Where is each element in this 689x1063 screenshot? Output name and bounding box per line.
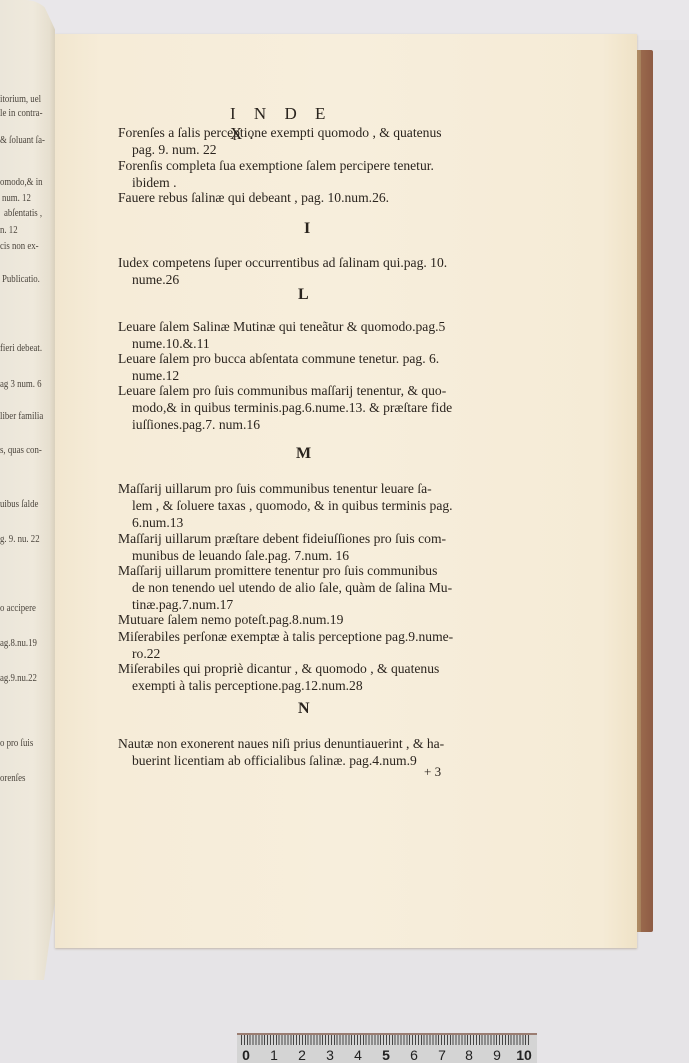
ruler-label: 2 <box>298 1047 306 1063</box>
entry-line: 6.num.13 <box>118 514 453 531</box>
entry-line: Leuare ſalem pro ſuis communibus maſſari… <box>118 383 446 398</box>
ruler-label: 3 <box>326 1047 334 1063</box>
left-page-fragment: cis non ex- <box>0 240 39 252</box>
index-entry: Nautæ non exonerent naues niſi prius den… <box>118 735 444 769</box>
entry-line: Leuare ſalem Salinæ Mutinæ qui teneãtur … <box>118 319 445 334</box>
entry-line: Nautæ non exonerent naues niſi prius den… <box>118 736 444 751</box>
entry-line: Fauere rebus ſalinæ qui debeant , pag. 1… <box>118 190 389 205</box>
left-page-fragment: s, quas con- <box>0 444 42 456</box>
entry-line: Leuare ſalem pro bucca abſentata commune… <box>118 351 439 366</box>
left-page-fragment: le in contra- <box>0 107 43 119</box>
index-entry: Forenſis completa ſua exemptione ſalem p… <box>118 157 434 191</box>
left-page-fragment: omodo,& in <box>0 176 43 188</box>
index-entry: Forenſes a ſalis perceptione exempti quo… <box>118 124 442 158</box>
left-page-fragment: uibus ſalde <box>0 498 38 510</box>
left-page-fragment: Publicatio. <box>2 273 40 285</box>
entry-line: modo,& in quibus terminis.pag.6.nume.13.… <box>118 399 452 416</box>
index-entry: Mutuare ſalem nemo poteſt.pag.8.num.19 <box>118 611 343 628</box>
entry-line: Maſſarij uillarum præſtare debent fideiu… <box>118 531 446 546</box>
left-page-fragment: ag.9.nu.22 <box>0 672 37 684</box>
entry-line: lem , & ſoluere taxas , quomodo, & in qu… <box>118 497 453 514</box>
index-entry: Iudex competens ſuper occurrentibus ad ſ… <box>118 254 447 288</box>
left-page-fragment: itorium, uel <box>0 93 41 105</box>
entry-line: Forenſes a ſalis perceptione exempti quo… <box>118 125 442 140</box>
left-page-fragment: o accipere <box>0 602 36 614</box>
ruler-label: 7 <box>438 1047 446 1063</box>
section-letter-l: L <box>298 286 309 304</box>
left-page-fragment: liber familia <box>0 410 43 422</box>
left-page-fragment: fieri debeat. <box>0 342 42 354</box>
index-entry: Miſerabiles perſonæ exemptæ à talis perc… <box>118 628 453 662</box>
left-page-fragment: o pro ſuis <box>0 737 33 749</box>
index-entry: Fauere rebus ſalinæ qui debeant , pag. 1… <box>118 189 389 206</box>
index-entry: Maſſarij uillarum promittere tenentur pr… <box>118 562 452 613</box>
entry-line: Miſerabiles perſonæ exemptæ à talis perc… <box>118 629 453 644</box>
index-entry: Maſſarij uillarum pro ſuis communibus te… <box>118 480 453 531</box>
left-page-fragment: g. 9. nu. 22 <box>0 533 40 545</box>
left-page-fragment: num. 12 <box>2 192 31 204</box>
entry-line: iuſſiones.pag.7. num.16 <box>118 416 452 433</box>
section-letter-n: N <box>298 700 310 718</box>
signature-mark: + 3 <box>424 764 441 780</box>
entry-line: Maſſarij uillarum pro ſuis communibus te… <box>118 481 432 496</box>
index-entry: Leuare ſalem pro bucca abſentata commune… <box>118 350 439 384</box>
entry-line: nume.26 <box>118 271 447 288</box>
index-entry: Miſerabiles qui propriè dicantur , & quo… <box>118 660 439 694</box>
left-facing-page: itorium, uel le in contra- & ſoluant ſa-… <box>0 0 55 980</box>
index-entry: Maſſarij uillarum præſtare debent fideiu… <box>118 530 446 564</box>
ruler-label: 6 <box>410 1047 418 1063</box>
ruler-label: 9 <box>493 1047 501 1063</box>
scale-ruler: 0 1 2 3 4 5 6 7 8 9 10 <box>237 1033 537 1063</box>
index-entry: Leuare ſalem pro ſuis communibus maſſari… <box>118 382 452 433</box>
left-page-fragment: & ſoluant ſa- <box>0 134 45 146</box>
ruler-label: 10 <box>516 1047 532 1063</box>
entry-line: Forenſis completa ſua exemptione ſalem p… <box>118 158 434 173</box>
ruler-label: 0 <box>242 1047 250 1063</box>
left-page-fragment: ag 3 num. 6 <box>0 378 42 390</box>
ruler-ticks <box>241 1035 531 1045</box>
entry-line: de non tenendo uel utendo de alio ſale, … <box>118 579 452 596</box>
entry-line: buerint licentiam ab officialibus ſalinæ… <box>118 752 444 769</box>
left-page-fragment: n. 12 <box>0 224 18 236</box>
ruler-label: 5 <box>382 1047 390 1063</box>
entry-line: Maſſarij uillarum promittere tenentur pr… <box>118 563 437 578</box>
section-letter-i: I <box>304 220 310 238</box>
ruler-label: 1 <box>270 1047 278 1063</box>
index-entry: Leuare ſalem Salinæ Mutinæ qui teneãtur … <box>118 318 445 352</box>
entry-line: Mutuare ſalem nemo poteſt.pag.8.num.19 <box>118 612 343 627</box>
entry-line: exempti à talis perceptione.pag.12.num.2… <box>118 677 439 694</box>
ruler-label: 4 <box>354 1047 362 1063</box>
left-page-fragment: abſentatis , <box>4 207 42 219</box>
ruler-label: 8 <box>465 1047 473 1063</box>
entry-line: pag. 9. num. 22 <box>118 141 442 158</box>
entry-line: Miſerabiles qui propriè dicantur , & quo… <box>118 661 439 676</box>
left-page-fragment: orenſes <box>0 772 25 784</box>
entry-line: Iudex competens ſuper occurrentibus ad ſ… <box>118 255 447 270</box>
section-letter-m: M <box>296 445 311 463</box>
left-page-fragment: ag.8.nu.19 <box>0 637 37 649</box>
